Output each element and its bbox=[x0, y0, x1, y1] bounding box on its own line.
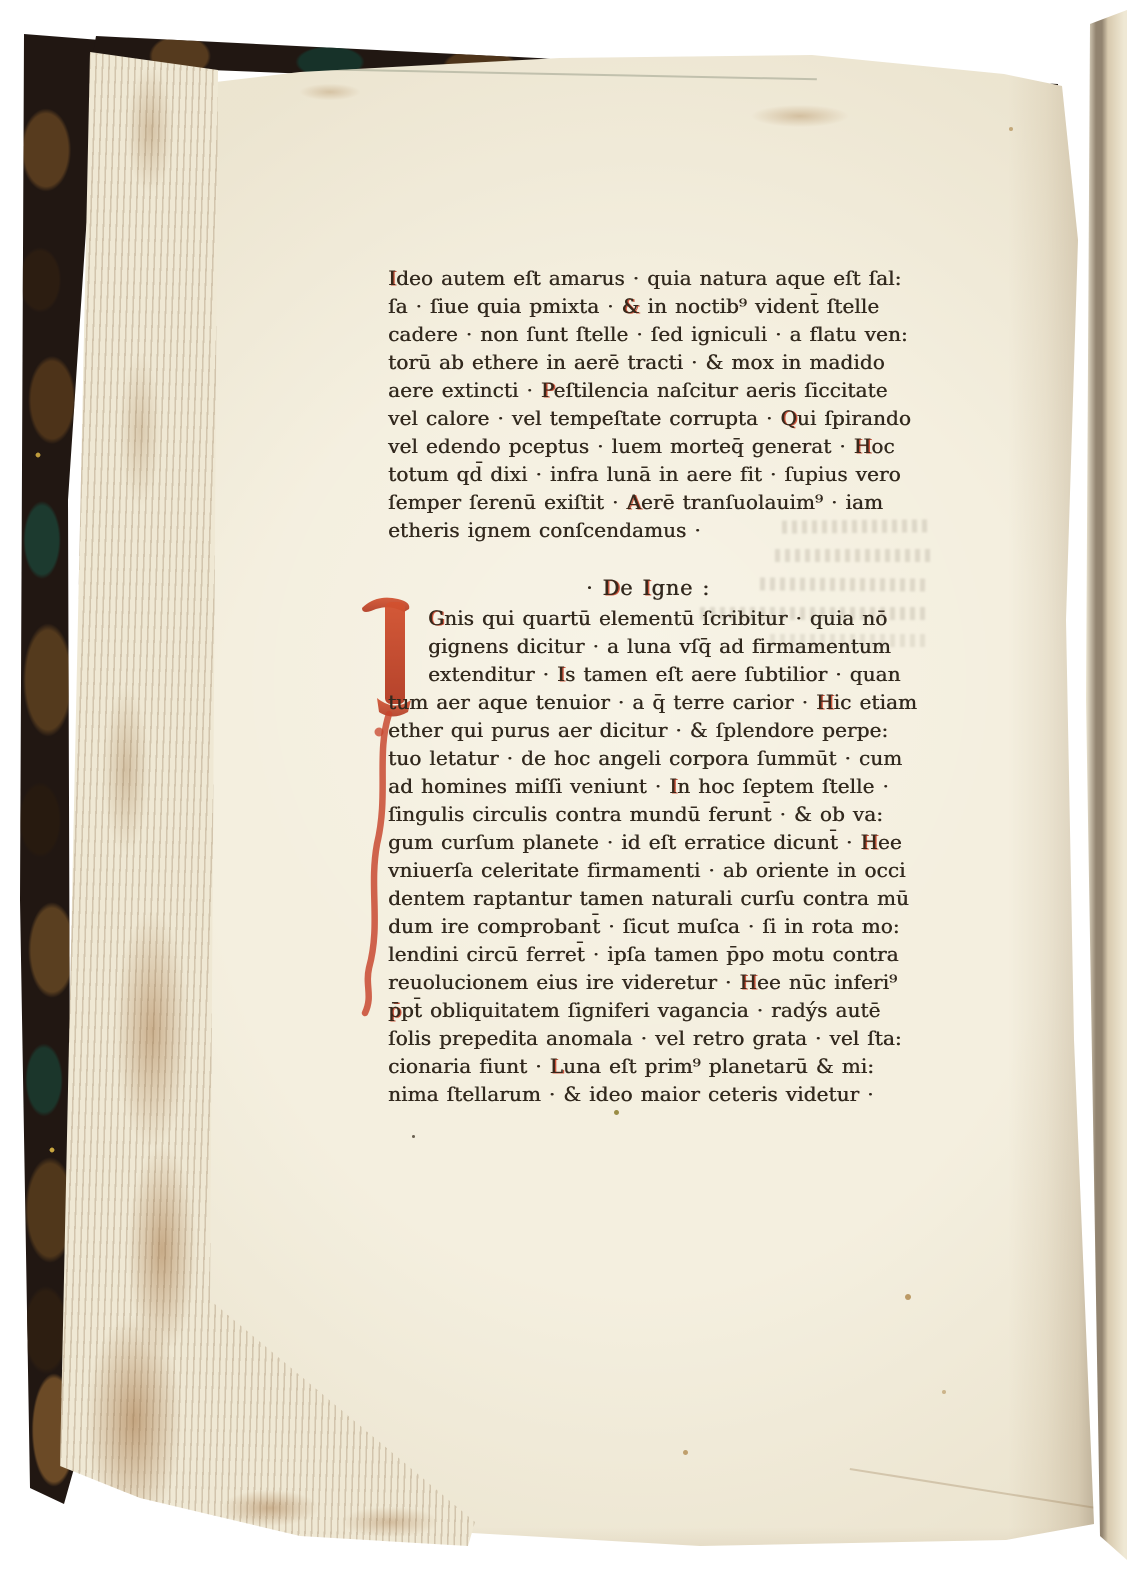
text-line: torū ab ethere in aerē tracti · & mox in… bbox=[388, 348, 908, 376]
text-line: · De Igne : bbox=[388, 574, 908, 602]
text-line: totum qd̄ dixi · infra lunā in aere fit … bbox=[388, 460, 908, 488]
foxing-spot bbox=[942, 1390, 946, 1394]
text-line: vel edendo pceptus · luem morteq̄ genera… bbox=[388, 432, 908, 460]
text-line: dentem raptantur tamen naturali curſu co… bbox=[388, 884, 908, 912]
paragraph-2: Gnis qui quartū elementū ſcribitur · qui… bbox=[388, 604, 908, 1108]
text-line: gum curſum planete · id eſt erratice dic… bbox=[388, 828, 908, 856]
book-photo: Ideo autem eſt amarus · quia natura aque… bbox=[0, 0, 1127, 1575]
text-line: vel calore · vel tempeſtate corrupta · Q… bbox=[388, 404, 908, 432]
foxing-spot bbox=[1009, 127, 1013, 131]
text-line: cadere · non ſunt ſtelle · ſed igniculi … bbox=[388, 320, 908, 348]
foxing-spot bbox=[412, 1135, 415, 1138]
text-line: Gnis qui quartū elementū ſcribitur · qui… bbox=[388, 604, 908, 632]
text-line: ſemper ſerenū exiſtit · Aerē tranſuolaui… bbox=[388, 488, 908, 516]
text-line: p̄pt̄ obliquitatem ſigniferi vagancia · … bbox=[388, 996, 908, 1024]
text-line: gignens dicitur · a luna vſq̄ ad firmame… bbox=[388, 632, 908, 660]
text-line: tuo letatur · de hoc angeli corpora ſumm… bbox=[388, 744, 908, 772]
foxing-spot bbox=[614, 1110, 619, 1115]
foxing-spot bbox=[905, 1294, 911, 1300]
text-line: dum ire comprobant̄ · ſicut muſca · ſi i… bbox=[388, 912, 908, 940]
text-line: ether qui purus aer dicitur · & ſplendor… bbox=[388, 716, 908, 744]
text-line: aere extincti · Peſtilencia naſcitur aer… bbox=[388, 376, 908, 404]
text-line: vniuerſa celeritate firmamenti · ab orie… bbox=[388, 856, 908, 884]
text-line: lendini circū ferret̄ · ipſa tamen p̄po … bbox=[388, 940, 908, 968]
text-line: ad homines miſſi veniunt · In hoc ſeptem… bbox=[388, 772, 908, 800]
paragraph-1: Ideo autem eſt amarus · quia natura aque… bbox=[388, 264, 908, 544]
text-line: nima ſtellarum · & ideo maior ceteris vi… bbox=[388, 1080, 908, 1108]
text-line: etheris ignem conſcendamus · bbox=[388, 516, 908, 544]
text-line: ſingulis circulis contra mundū ferunt̄ ·… bbox=[388, 800, 908, 828]
text-line: Ideo autem eſt amarus · quia natura aque… bbox=[388, 264, 908, 292]
text-line: reuolucionem eius ire videretur · Hee nū… bbox=[388, 968, 908, 996]
chapter-heading: · De Igne : bbox=[388, 574, 908, 602]
text-line: cionaria fiunt · Luna eſt prim⁹ planetar… bbox=[388, 1052, 908, 1080]
text-line: ſolis prepedita anomala · vel retro grat… bbox=[388, 1024, 908, 1052]
foxing-spot bbox=[683, 1450, 688, 1455]
text-line: ſa · ſiue quia pmixta · & in noctib⁹ vid… bbox=[388, 292, 908, 320]
text-block: Ideo autem eſt amarus · quia natura aque… bbox=[388, 264, 908, 1108]
text-line: extenditur · Is tamen eſt aere ſubtilior… bbox=[388, 660, 908, 688]
text-line: tum aer aque tenuior · a q̄ terre carior… bbox=[388, 688, 908, 716]
